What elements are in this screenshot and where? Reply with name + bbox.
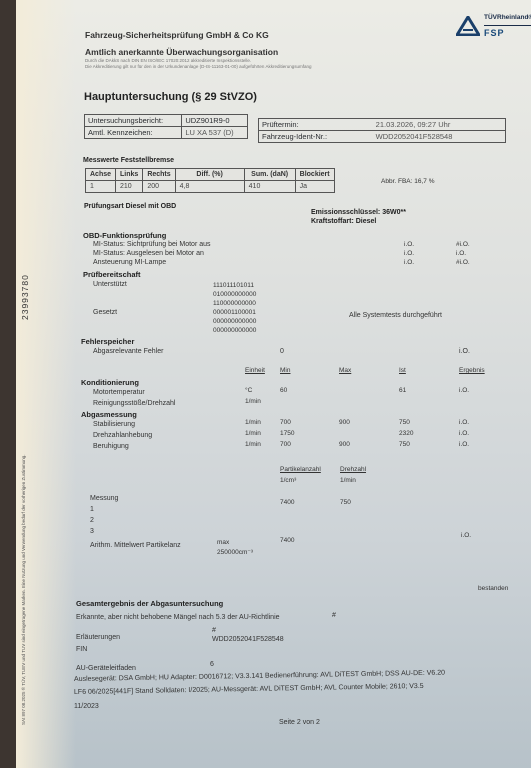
accreditation-line-2: Die Akkreditierung gilt nur für den in d… <box>85 64 311 69</box>
measure-label: Reinigungsstöße/Drehzahl <box>93 400 176 407</box>
report-label: Untersuchungsbericht: <box>85 115 182 127</box>
tuv-logo: TÜVRheinland® FSP <box>456 12 531 42</box>
obd-item-result-2: #i.O. <box>456 259 470 266</box>
page-number: Seite 2 von 2 <box>279 719 320 726</box>
measure-unit: 1/min <box>245 441 261 448</box>
fin-label: FIN <box>76 646 87 653</box>
measure-max: 900 <box>339 419 350 426</box>
plate-value: LU XA 537 (D) <box>182 127 248 139</box>
brake-table: AchseLinksRechtsDiff. (%)Sum. (daN)Block… <box>85 168 335 193</box>
measure-result: i.O. <box>459 441 469 448</box>
overall-status: bestanden <box>478 585 508 592</box>
measurement-number: 1 <box>90 506 94 513</box>
measure-label: Stabilisierung <box>93 421 135 428</box>
measure-label: Beruhigung <box>93 443 129 450</box>
fault-memory-title: Fehlerspeicher <box>81 337 134 346</box>
obd-item-result: i.O. <box>404 259 414 266</box>
col-result: Ergebnis <box>459 367 485 374</box>
guide-value: 6 <box>210 661 214 668</box>
measure-min: 60 <box>280 387 287 394</box>
measure-result: i.O. <box>459 430 469 437</box>
measure-actual: 61 <box>399 387 406 394</box>
measurement-label: Messung <box>90 495 118 502</box>
readiness-code: 111011101011 <box>213 282 254 289</box>
plate-label: Amtl. Kennzeichen: <box>85 127 182 139</box>
triangle-logo-icon <box>456 16 480 36</box>
measure-result: i.O. <box>459 419 469 426</box>
defects-value: # <box>332 612 336 619</box>
particle-count-unit: 1/cm³ <box>280 477 296 484</box>
readiness-code: 000000000000 <box>213 318 256 325</box>
measure-unit: 1/min <box>245 419 261 426</box>
measurement-number: 2 <box>90 517 94 524</box>
logo-rule <box>484 25 531 26</box>
brake-cell: Ja <box>295 181 334 193</box>
document-page: Fahrzeug-Sicherheitsprüfung GmbH & Co KG… <box>16 0 531 768</box>
measurement-number: 3 <box>90 528 94 535</box>
side-footer: SAt 897 08.2025 ® TÜV, TUEV und TUV sind… <box>21 454 26 725</box>
col-min: Min <box>280 367 290 374</box>
document-number: 23993780 <box>20 274 30 320</box>
explanations-value: # <box>212 627 216 634</box>
brake-cell: 200 <box>143 181 175 193</box>
report-value: UDZ901R9-0 <box>182 115 248 127</box>
company-name: Fahrzeug-Sicherheitsprüfung GmbH & Co KG <box>85 30 269 40</box>
obd-item-label: MI-Status: Ausgelesen bei Motor an <box>93 250 204 257</box>
brake-cell: 4,8 <box>175 181 244 193</box>
brake-col-header: Achse <box>86 169 116 181</box>
readiness-code: 000000000000 <box>213 327 256 334</box>
measure-label: Motortemperatur <box>93 389 145 396</box>
report-header-right: Prüftermin: 21.03.2026, 09:27 Uhr Fahrze… <box>258 118 506 143</box>
logo-sub: FSP <box>484 28 505 38</box>
measure-min: 700 <box>280 419 291 426</box>
obd-item-label: MI-Status: Sichtprüfung bei Motor aus <box>93 241 211 248</box>
measure-unit: 1/min <box>245 430 261 437</box>
mean-label: Arithm. Mittelwert Partikelanz <box>90 542 181 549</box>
mean-result: i.O. <box>461 532 471 539</box>
test-type: Prüfungsart Diesel mit OBD <box>84 203 176 210</box>
supported-label: Unterstützt <box>93 281 127 288</box>
obd-item-result: i.O. <box>404 241 414 248</box>
measure-unit: 1/min <box>245 398 261 405</box>
exhaust-title: Abgasmessung <box>81 410 137 419</box>
measure-max: 900 <box>339 441 350 448</box>
measure-actual: 750 <box>399 441 410 448</box>
obd-item-label: Ansteuerung MI-Lampe <box>93 259 166 266</box>
col-max: Max <box>339 367 351 374</box>
obd-item-result: i.O. <box>404 250 414 257</box>
fault-label: Abgasrelevante Fehler <box>93 348 163 355</box>
date-value: 21.03.2026, 09:27 Uhr <box>373 119 506 131</box>
overall-title: Gesamtergebnis der Abgasuntersuchung <box>76 599 223 608</box>
brake-col-header: Diff. (%) <box>175 169 244 181</box>
col-unit: Einheit <box>245 367 265 374</box>
measure-result: i.O. <box>459 387 469 394</box>
readiness-code: 000001100001 <box>213 309 256 316</box>
brake-cell: 410 <box>244 181 295 193</box>
report-header-left: Untersuchungsbericht: UDZ901R9-0 Amtl. K… <box>84 114 248 139</box>
brake-col-header: Rechts <box>143 169 175 181</box>
obd-item-result-2: i.O. <box>456 250 466 257</box>
measure-actual: 2320 <box>399 430 413 437</box>
fin-value: WDD2052041F528548 <box>212 636 284 643</box>
date-label: Prüftermin: <box>259 119 373 131</box>
explanations-label: Erläuterungen <box>76 634 120 641</box>
defects-label: Erkannte, aber nicht behobene Mängel nac… <box>76 614 280 621</box>
vin-label: Fahrzeug-Ident-Nr.: <box>259 131 373 143</box>
measurement-rpm: 750 <box>340 499 351 506</box>
col-actual: Ist <box>399 367 406 374</box>
brake-row: 12102004,8410Ja <box>86 181 335 193</box>
brake-col-header: Sum. (daN) <box>244 169 295 181</box>
vin-value: WDD2052041F528548 <box>373 131 506 143</box>
readiness-code: 010000000000 <box>213 291 256 298</box>
brake-cell: 210 <box>116 181 143 193</box>
readiness-title: Prüfbereitschaft <box>83 270 141 279</box>
readiness-note: Alle Systemtests durchgeführt <box>349 312 442 319</box>
guide-label: AU-Geräteleitfaden <box>76 665 136 672</box>
guide-line-2: LF6 06/2025[441F] Stand Solldaten: I/202… <box>74 683 424 696</box>
mean-limit-value: 250000cm⁻³ <box>217 548 253 556</box>
measurement-count: 7400 <box>280 499 294 506</box>
particle-rpm-header: Drehzahl <box>340 466 366 473</box>
fba-value: Abbr. FBA: 16,7 % <box>381 178 434 185</box>
accreditation-line-1: Durch die DAkkS nach DIN EN ISO/IEC 1702… <box>85 58 251 63</box>
brake-cell: 1 <box>86 181 116 193</box>
measure-min: 700 <box>280 441 291 448</box>
fault-value: 0 <box>280 348 284 355</box>
particle-count-header: Partikelanzahl <box>280 466 321 473</box>
fault-result: i.O. <box>459 348 470 355</box>
page-title: Hauptuntersuchung (§ 29 StVZO) <box>84 91 257 103</box>
organization-title: Amtlich anerkannte Überwachungsorganisat… <box>85 47 278 57</box>
conditioning-title: Konditionierung <box>81 378 139 387</box>
obd-item-result-2: #i.O. <box>456 241 470 248</box>
mean-limit: max <box>217 539 229 546</box>
brake-col-header: Links <box>116 169 143 181</box>
measure-min: 1750 <box>280 430 294 437</box>
measure-label: Drehzahlanhebung <box>93 432 152 439</box>
measure-actual: 750 <box>399 419 410 426</box>
readiness-code: 110000000000 <box>213 300 256 307</box>
fuel-type: Kraftstoffart: Diesel <box>311 218 376 225</box>
particle-rpm-unit: 1/min <box>340 477 356 484</box>
brake-title: Messwerte Feststellbremse <box>83 157 174 164</box>
measure-unit: °C <box>245 387 252 394</box>
brake-col-header: Blockiert <box>295 169 334 181</box>
emission-key: Emissionsschlüssel: 36W0** <box>311 209 406 216</box>
logo-brand: TÜVRheinland® <box>484 14 531 21</box>
obd-title: OBD-Funktionsprüfung <box>83 231 166 240</box>
mean-value: 7400 <box>280 537 294 544</box>
guide-line-3: 11/2023 <box>74 703 99 710</box>
set-label: Gesetzt <box>93 309 117 316</box>
